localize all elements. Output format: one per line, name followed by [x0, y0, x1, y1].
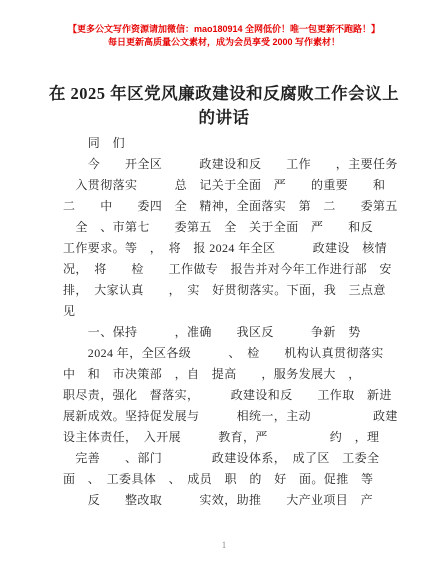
body-line: 见: [63, 301, 393, 322]
body-line: 排， 大家认真 ， 实 好贯彻落实。下面，我 三点意: [63, 280, 393, 301]
body-line-section-heading: 一、保持 ，准确 我区反 争新 势: [63, 322, 393, 343]
body-line-salutation: 同 们: [63, 133, 393, 154]
body-line: 二 中 委四 全 精神，全面落实 第 二 委第五: [63, 196, 393, 217]
body-line: 全 、市第七 委第五 全 关于全面 严 和反: [63, 217, 393, 238]
body-line: 职尽责，强化 督落实， 政建设和反 工作取 新进: [63, 385, 393, 406]
document-title-line1: 在 2025 年区党风廉政建设和反腐败工作会议上: [30, 82, 418, 106]
body-line: 设主体责任， 入开展 教育，严 约 ，理: [63, 427, 393, 448]
document-title: 在 2025 年区党风廉政建设和反腐败工作会议上 的讲话: [30, 82, 418, 130]
body-line: 2024 年，全区各级 、 检 机构认真贯彻落实: [63, 343, 393, 364]
body-line: 中 和 市决策部 ，自 提高 ，服务发展大 ，: [63, 364, 393, 385]
body-line: 入贯彻落实 总 记关于全面 严 的重要 和: [63, 175, 393, 196]
body-line: 况， 将 检 工作做专 报告并对今年工作进行部 安: [63, 259, 393, 280]
page-number: 1: [0, 540, 448, 550]
document-body: 同 们 今 开全区 政建设和反 工作 ，主要任务 入贯彻落实 总 记关于全面 严…: [63, 133, 393, 511]
document-page: 【更多公文写作资源请加微信：mao180914 全网低价！唯一包更新不跑路！】 …: [0, 0, 448, 580]
body-line: 反 整改取 实效，助推 大产业项目 产: [63, 490, 393, 511]
promo-banner: 【更多公文写作资源请加微信：mao180914 全网低价！唯一包更新不跑路！】 …: [0, 23, 448, 49]
body-line: 面 、 工委具体 、 成员 职 的 好 面。促推 等: [63, 469, 393, 490]
body-line: 今 开全区 政建设和反 工作 ，主要任务: [63, 154, 393, 175]
promo-banner-line1: 【更多公文写作资源请加微信：mao180914 全网低价！唯一包更新不跑路！】: [0, 23, 448, 36]
body-line: 工作要求。等 ， 将 报 2024 年全区 政建设 核情: [63, 238, 393, 259]
body-line: 展新成效。坚持促发展与 相统一，主动 政建: [63, 406, 393, 427]
body-line: 完善 、部门 政建设体系， 成了区 工委全: [63, 448, 393, 469]
document-title-line2: 的讲话: [30, 106, 418, 130]
promo-banner-line2: 每日更新高质量公文素材，成为会员享受 2000 写作素材！: [0, 36, 448, 49]
